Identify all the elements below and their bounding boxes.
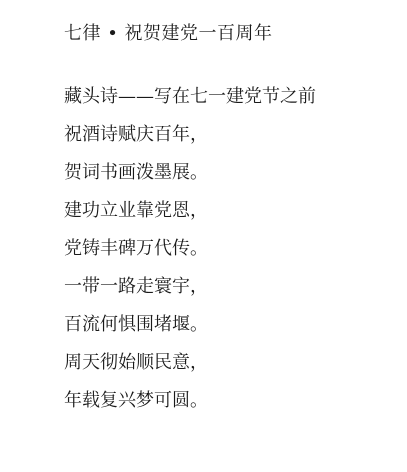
poem-subtitle: 藏头诗——写在七一建党节之前 xyxy=(64,85,316,109)
poem-title: 七律 • 祝贺建党一百周年 xyxy=(64,22,273,46)
poem-line: 建功立业靠党恩， xyxy=(64,199,208,237)
poem-line: 周天彻始顺民意， xyxy=(64,351,208,389)
poem-line: 党铸丰碑万代传。 xyxy=(64,237,208,275)
poem-line: 年载复兴梦可圆。 xyxy=(64,389,208,427)
poem-line: 贺词书画泼墨展。 xyxy=(64,161,208,199)
poem-line: 一带一路走寰宇， xyxy=(64,275,208,313)
poem-line: 祝酒诗赋庆百年， xyxy=(64,123,208,161)
poem-lines: 祝酒诗赋庆百年， 贺词书画泼墨展。 建功立业靠党恩， 党铸丰碑万代传。 一带一路… xyxy=(64,123,208,427)
poem-line: 百流何惧围堵堰。 xyxy=(64,313,208,351)
